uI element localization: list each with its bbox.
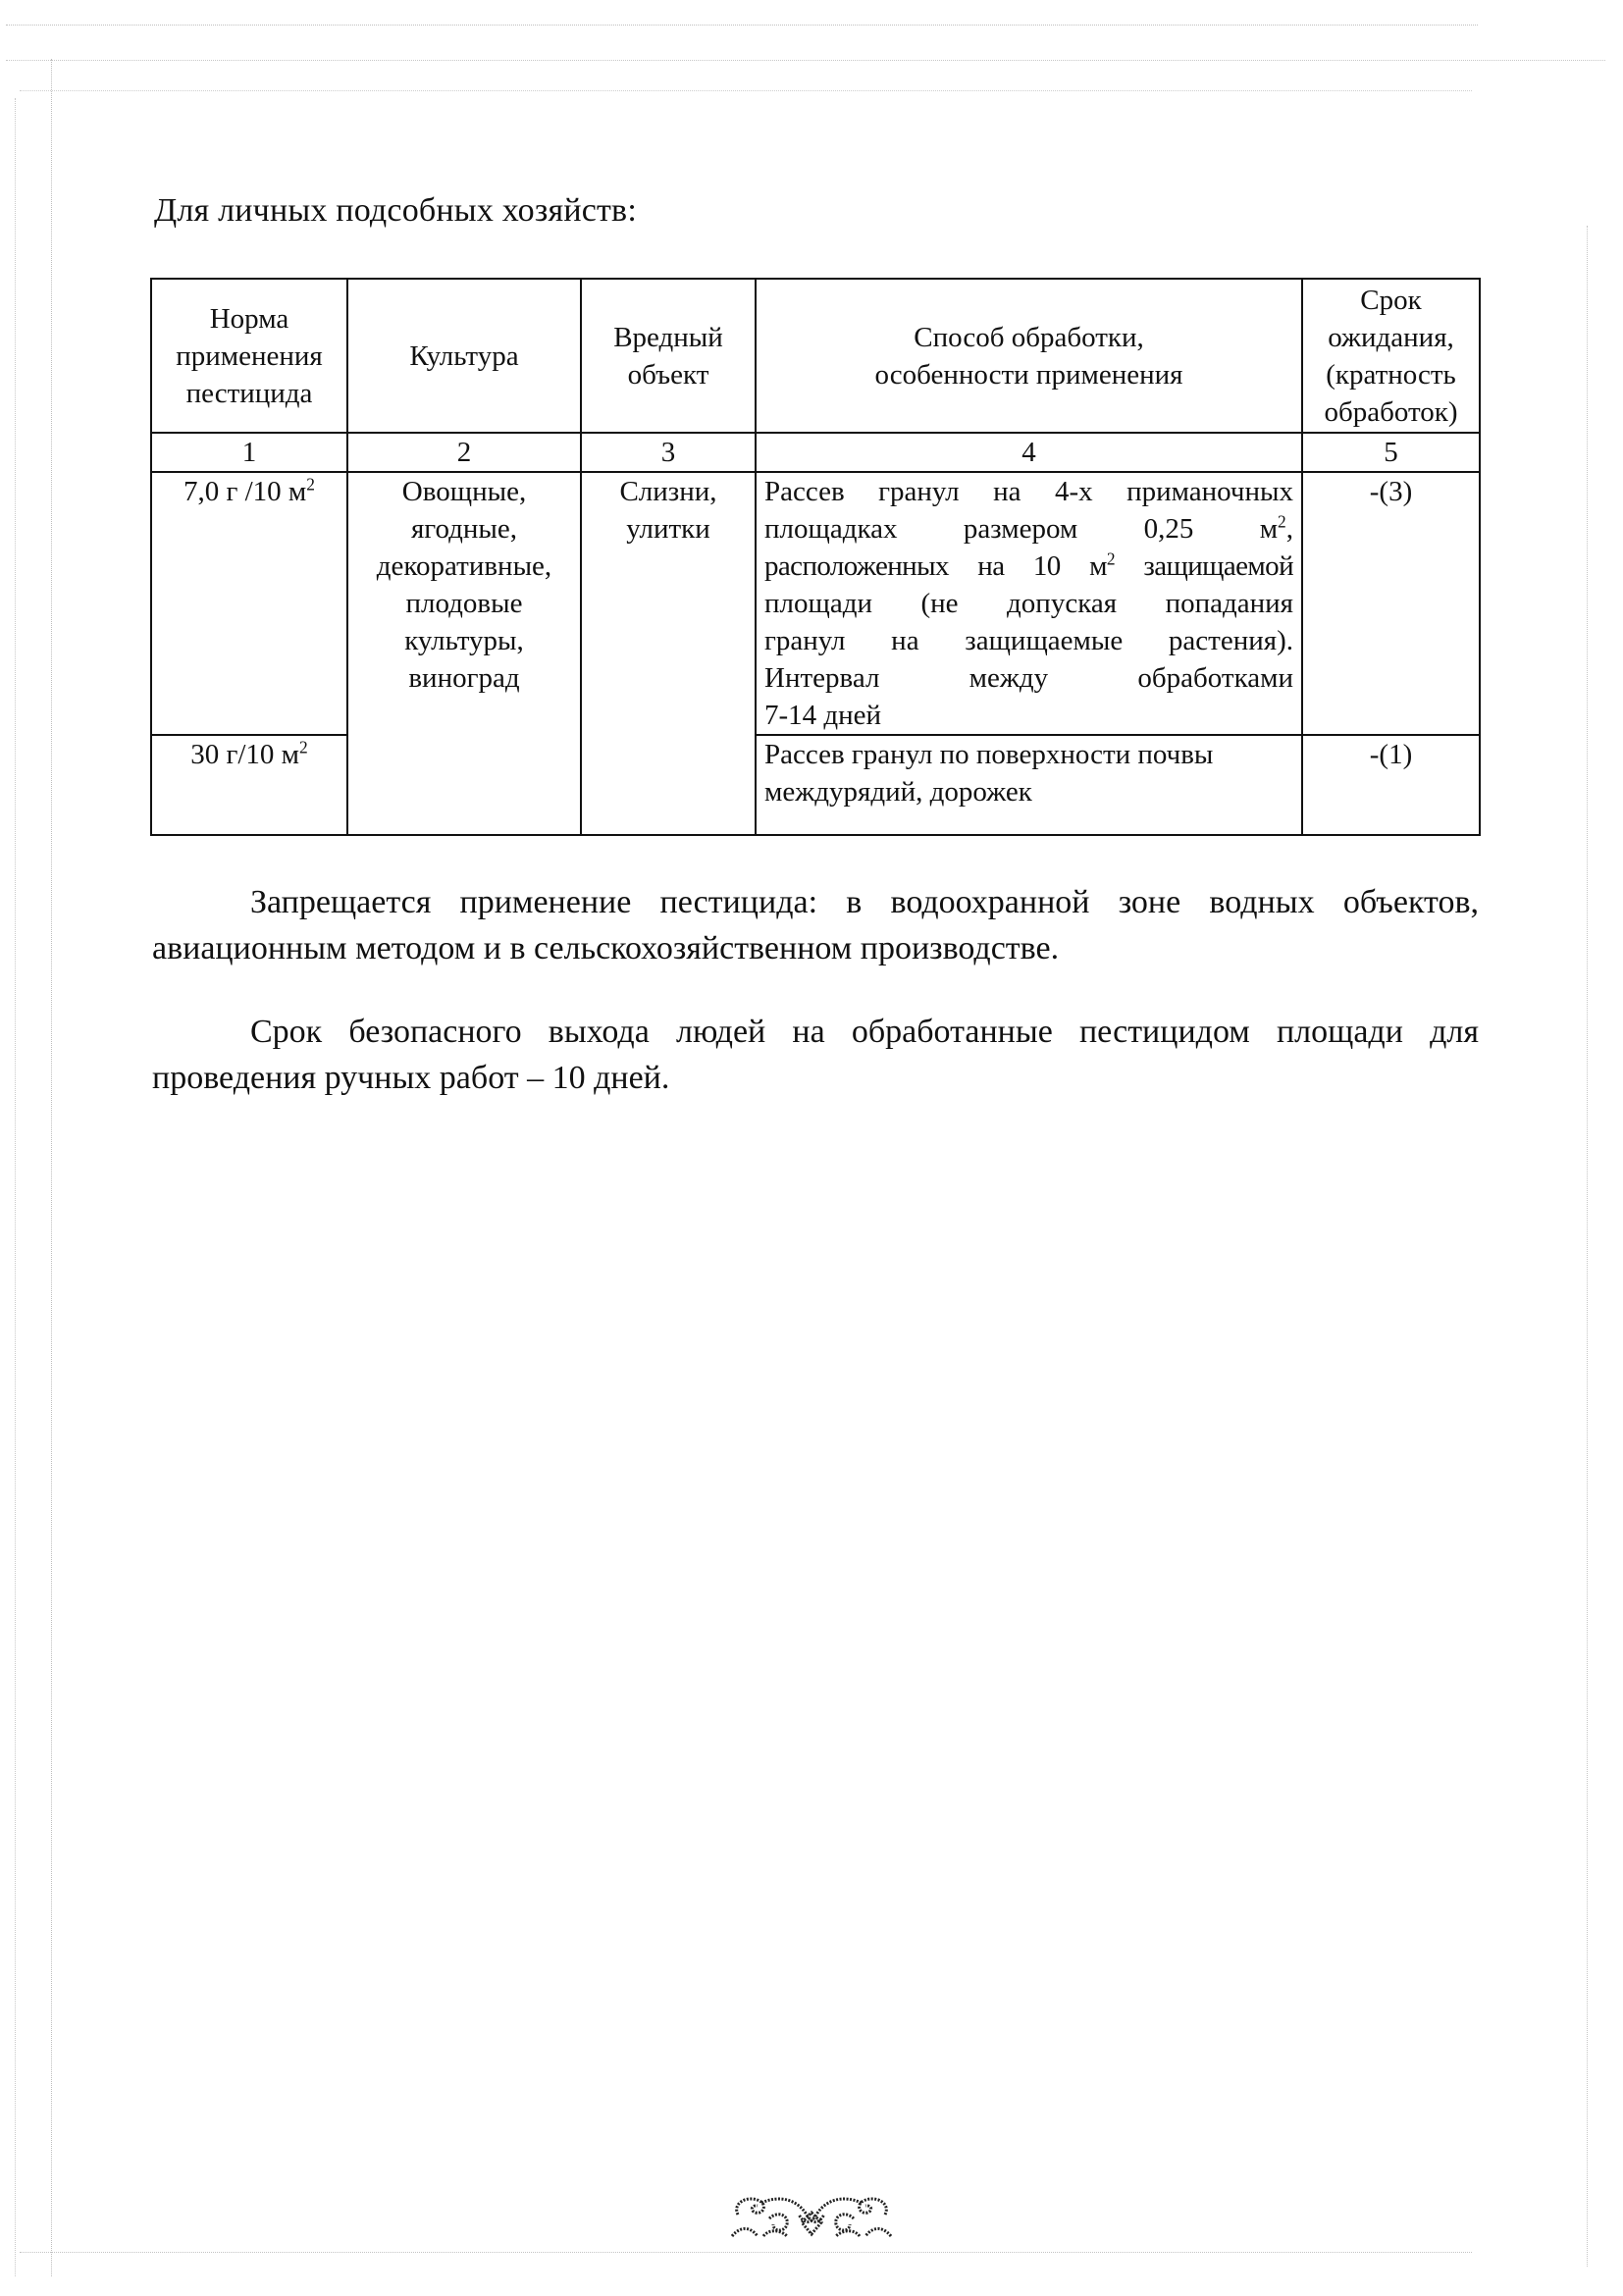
scan-border-artifact [1587,226,1588,2267]
header-line: Вредный [590,319,747,356]
method-text: расположенных на 10 м [764,550,1107,582]
rate-cell: 30 г/10 м2 [151,735,347,835]
method-line: расположенных на 10 м2 защищаемой [764,548,1293,585]
table-row: 7,0 г /10 м2 Овощные, ягодные, декоратив… [151,472,1480,735]
header-line: применения [160,338,339,375]
section-intro: Для личных подсобных хозяйств: [154,192,637,230]
crop-line: культуры, [356,622,572,659]
column-number: 4 [756,433,1302,472]
crop-line: плодовые [356,585,572,622]
rate-value: 7,0 г /10 м [183,476,306,507]
scan-border-artifact [20,2252,1472,2253]
crop-line: виноград [356,659,572,697]
header-line: объект [590,356,747,393]
method-line: площади (не допуская попадания [764,585,1293,622]
method-line: междурядий, дорожек [764,773,1293,810]
header-waiting: Срок ожидания, (кратность обработок) [1302,279,1480,433]
crop-line: Овощные, [356,473,572,510]
paragraph-text: Запрещается применение пестицида: в водо… [152,884,1479,966]
application-table: Норма применения пестицида Культура Вред… [150,278,1481,836]
header-line: пестицида [160,375,339,412]
rate-value: 30 г/10 м [190,739,299,770]
header-line: Норма [160,300,339,338]
method-line: площадках размером 0,25 м2, [764,510,1293,548]
header-line: Способ обработки, [764,319,1293,356]
header-line: Срок [1305,282,1477,319]
scan-border-artifact [6,60,1605,61]
method-line: Интервал между обработками [764,659,1293,697]
safety-paragraph: Срок безопасного выхода людей на обработ… [152,1009,1479,1101]
column-number: 1 [151,433,347,472]
rate-cell: 7,0 г /10 м2 [151,472,347,735]
pest-line: улитки [590,510,747,548]
method-line: 7-14 дней [764,697,1293,734]
method-cell: Рассев гранул на 4-х приманочных площадк… [756,472,1302,735]
waiting-cell: -(3) [1302,472,1480,735]
header-line: Культура [356,338,572,375]
crop-cell: Овощные, ягодные, декоративные, плодовые… [347,472,581,835]
header-line: (кратность [1305,356,1477,393]
method-line: гранул на защищаемые растения). [764,622,1293,659]
column-number: 3 [581,433,756,472]
table-header-row: Норма применения пестицида Культура Вред… [151,279,1480,433]
header-crop: Культура [347,279,581,433]
scan-border-artifact [20,90,1472,91]
method-cell: Рассев гранул по поверхности почвы между… [756,735,1302,835]
header-line: обработок) [1305,393,1477,431]
header-line: особенности применения [764,356,1293,393]
superscript: 2 [1107,548,1115,568]
paragraph-text: Срок безопасного выхода людей на обработ… [152,1014,1479,1096]
ornament-icon [728,2193,895,2240]
header-line: ожидания, [1305,319,1477,356]
scan-border-artifact [15,98,16,2276]
header-pest: Вредный объект [581,279,756,433]
column-number-row: 1 2 3 4 5 [151,433,1480,472]
waiting-cell: -(1) [1302,735,1480,835]
column-number: 2 [347,433,581,472]
superscript: 2 [1278,511,1286,531]
header-method: Способ обработки, особенности применения [756,279,1302,433]
pest-line: Слизни, [590,473,747,510]
method-text: площадках размером 0,25 м [764,513,1278,545]
scan-border-artifact [51,59,52,2276]
column-number: 5 [1302,433,1480,472]
method-line: Рассев гранул по поверхности почвы [764,736,1293,773]
method-text: защищаемой [1115,550,1293,582]
superscript: 2 [299,737,308,757]
crop-line: ягодные, [356,510,572,548]
crop-line: декоративные, [356,548,572,585]
scan-border-artifact [6,25,1478,26]
pest-cell: Слизни, улитки [581,472,756,835]
method-line: Рассев гранул на 4-х приманочных [764,473,1293,510]
header-rate: Норма применения пестицида [151,279,347,433]
restriction-paragraph: Запрещается применение пестицида: в водо… [152,879,1479,971]
superscript: 2 [306,474,315,494]
